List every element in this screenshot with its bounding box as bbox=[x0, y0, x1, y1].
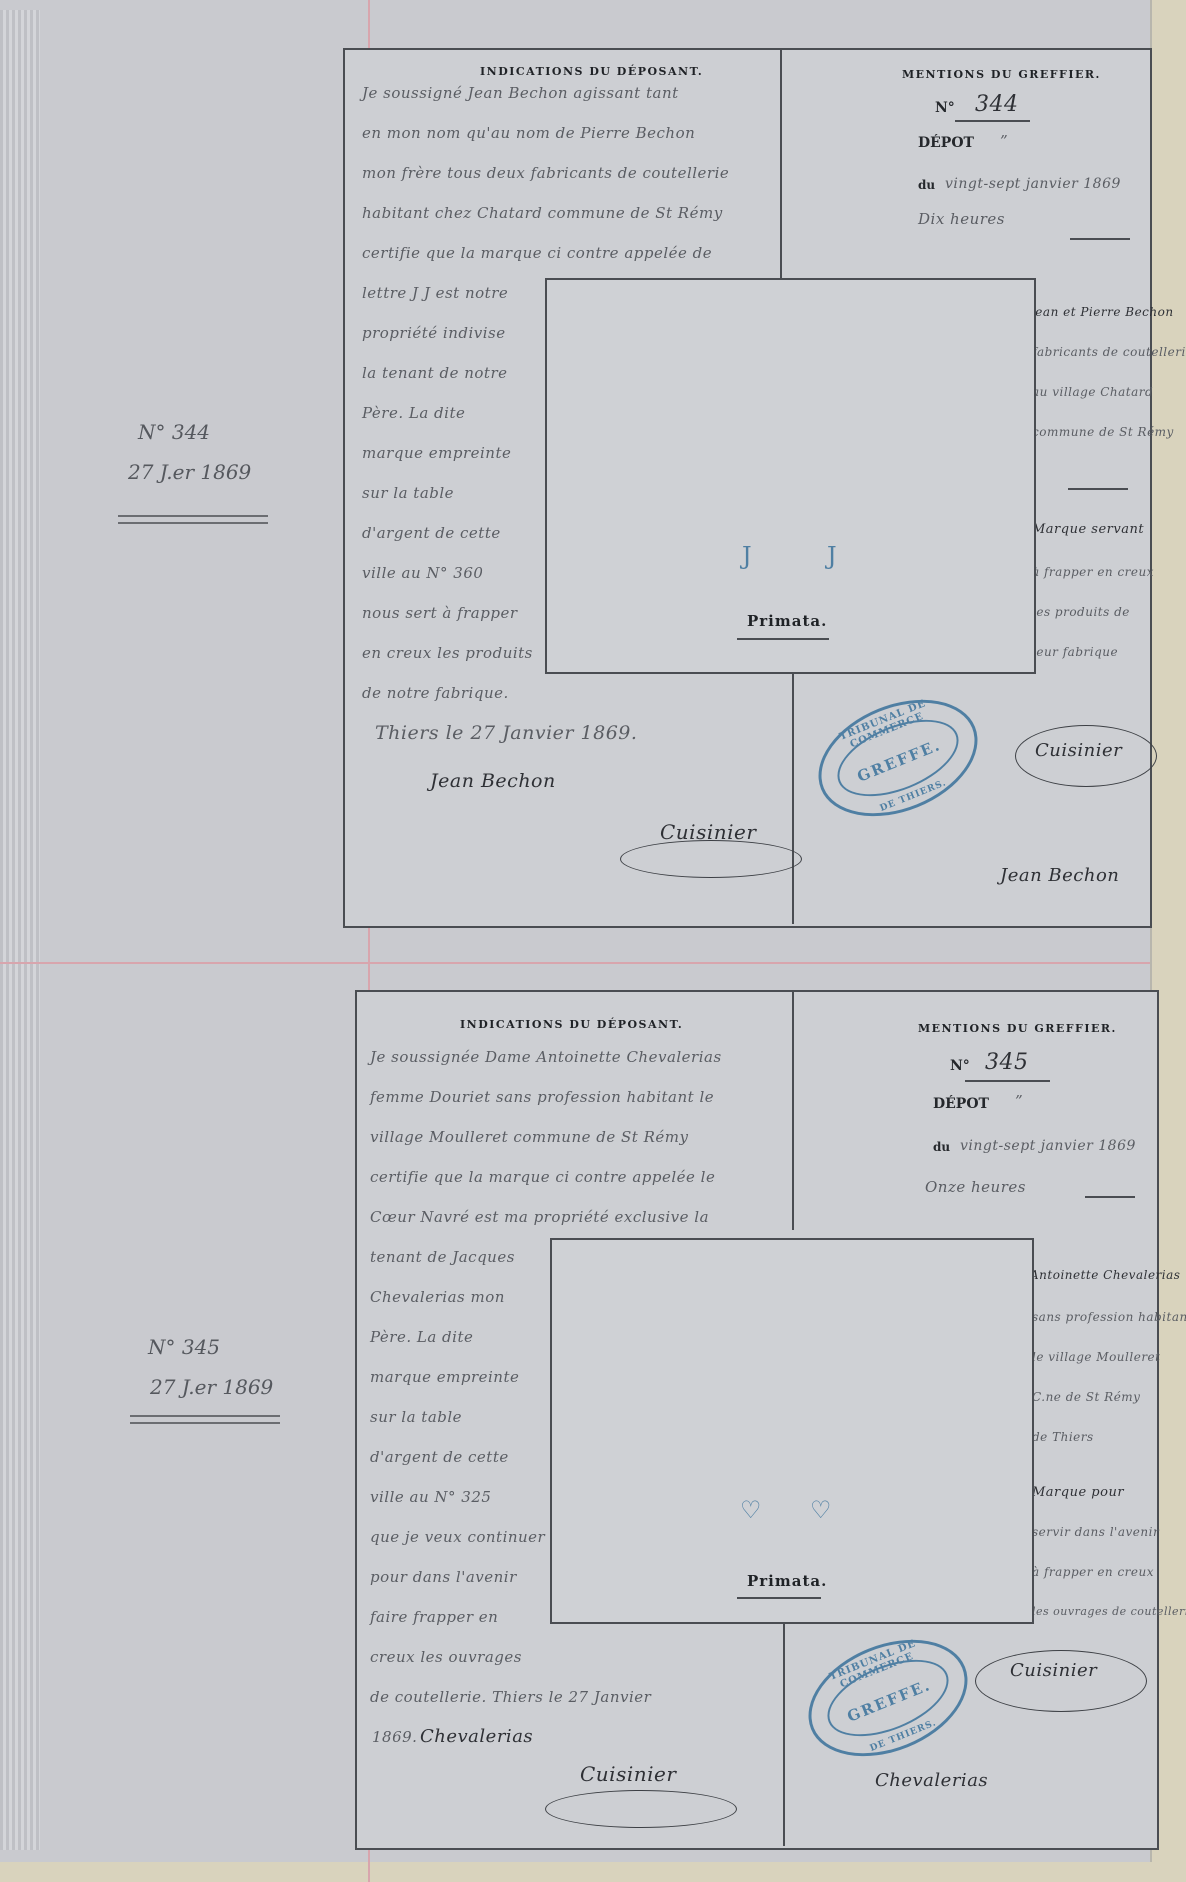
mark-letter-icon: J bbox=[827, 542, 837, 570]
number-underline bbox=[955, 120, 1030, 122]
number-label: N° bbox=[935, 100, 955, 116]
heart-arrow-mark-icon: ♡ bbox=[740, 1496, 762, 1524]
column-divider-top bbox=[780, 48, 782, 278]
number-label: N° bbox=[950, 1058, 970, 1074]
depot-value: ” bbox=[1000, 132, 1008, 150]
hour-underline bbox=[1085, 1196, 1135, 1198]
depot-value: ” bbox=[1015, 1092, 1023, 1110]
clerk-signature: Cuisinier bbox=[580, 1762, 676, 1786]
depositor-signature: Chevalerias bbox=[420, 1726, 533, 1747]
mark-imprint-box: J J Primata. bbox=[545, 278, 1036, 674]
primata-caption: Primata. bbox=[747, 1572, 827, 1590]
greffier-signature: Cuisinier bbox=[1035, 740, 1122, 761]
depot-label: DÉPOT bbox=[918, 135, 974, 151]
depositor-header: INDICATIONS DU DÉPOSANT. bbox=[480, 65, 703, 78]
place-date: 1869. bbox=[372, 1728, 417, 1746]
number-value: 344 bbox=[975, 92, 1019, 117]
paraph-flourish bbox=[620, 840, 802, 878]
depot-label: DÉPOT bbox=[933, 1096, 989, 1112]
margin-date: 27 J.er 1869 bbox=[150, 1375, 273, 1399]
depositor-header: INDICATIONS DU DÉPOSANT. bbox=[460, 1018, 683, 1031]
number-value: 345 bbox=[985, 1050, 1029, 1075]
register-page: N° 344 27 J.er 1869 INDICATIONS DU DÉPOS… bbox=[0, 0, 1152, 1862]
number-underline bbox=[965, 1080, 1050, 1082]
place-date: Thiers le 27 Janvier 1869. bbox=[375, 722, 637, 744]
column-divider-bottom bbox=[783, 1620, 785, 1846]
du-label: du bbox=[933, 1140, 950, 1154]
du-value: vingt-sept janvier 1869 bbox=[945, 176, 1121, 192]
page-edge-leaves bbox=[0, 10, 40, 1850]
hour-value: Dix heures bbox=[918, 210, 1005, 228]
du-value: vingt-sept janvier 1869 bbox=[960, 1138, 1136, 1154]
mark-letter-icon: J bbox=[742, 542, 752, 570]
primata-underline bbox=[737, 638, 829, 640]
hour-underline bbox=[1070, 238, 1130, 240]
margin-date: 27 J.er 1869 bbox=[128, 460, 251, 484]
hour-value: Onze heures bbox=[925, 1178, 1026, 1196]
paraph-flourish bbox=[545, 1790, 737, 1828]
greffier-signature: Cuisinier bbox=[1010, 1660, 1097, 1681]
depositor-signature: Jean Bechon bbox=[430, 770, 556, 792]
greffier-countersign: Chevalerias bbox=[875, 1770, 988, 1791]
primata-underline bbox=[737, 1597, 821, 1599]
clerk-signature: Cuisinier bbox=[660, 820, 756, 844]
heart-arrow-mark-icon: ♡ bbox=[810, 1496, 832, 1524]
column-divider-bottom bbox=[792, 670, 794, 924]
margin-double-underline bbox=[130, 1415, 280, 1424]
greffier-countersign: Jean Bechon bbox=[1000, 865, 1119, 886]
mark-imprint-box: ♡ ♡ Primata. bbox=[550, 1238, 1034, 1624]
column-divider-top bbox=[792, 990, 794, 1230]
clerk-header: MENTIONS DU GREFFIER. bbox=[918, 1022, 1117, 1035]
du-label: du bbox=[918, 178, 935, 192]
notes-divider bbox=[1068, 488, 1128, 490]
margin-number: N° 344 bbox=[138, 420, 210, 444]
margin-double-underline bbox=[118, 515, 268, 524]
primata-caption: Primata. bbox=[747, 612, 827, 630]
entry-separator-rule bbox=[0, 962, 1150, 964]
clerk-header: MENTIONS DU GREFFIER. bbox=[902, 68, 1101, 81]
margin-number: N° 345 bbox=[148, 1335, 220, 1359]
